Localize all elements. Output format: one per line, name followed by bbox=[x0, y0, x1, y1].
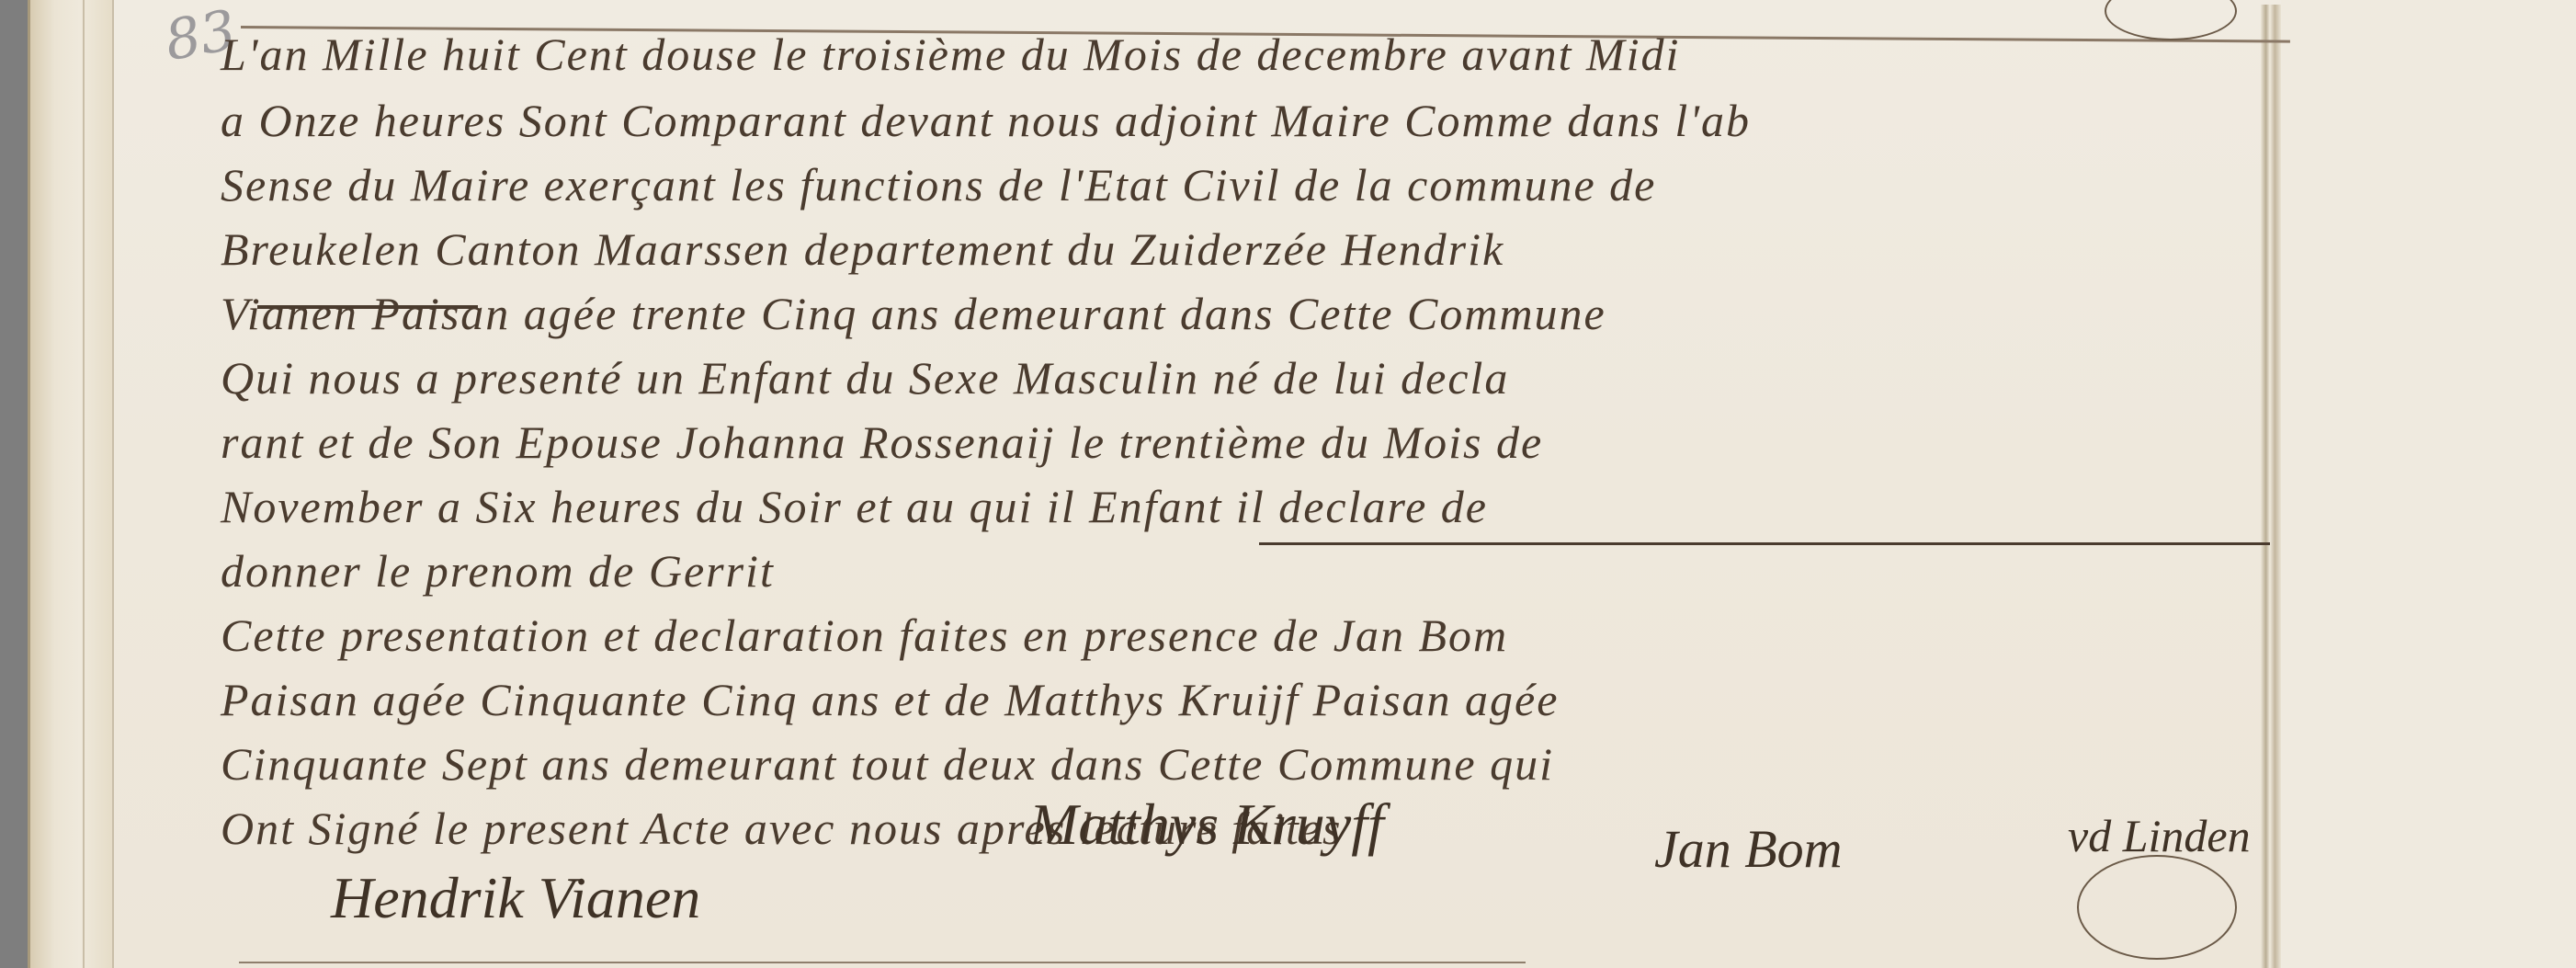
text-line: Cinquante Sept ans demeurant tout deux d… bbox=[221, 737, 1554, 791]
text-line: a Onze heures Sont Comparant devant nous… bbox=[221, 94, 1751, 147]
text-line: rant et de Son Epouse Johanna Rossenaij … bbox=[221, 416, 1543, 469]
bottom-rule bbox=[239, 962, 1526, 963]
text-line: Vianen Paisan agée trente Cinq ans demeu… bbox=[221, 287, 1606, 340]
margin-rule bbox=[112, 0, 114, 968]
fill-line bbox=[1259, 542, 2270, 545]
facing-page bbox=[2281, 0, 2576, 968]
page-binding-edge bbox=[28, 0, 113, 968]
document-page: 83 L'an Mille huit Cent douse le troisiè… bbox=[28, 0, 2576, 968]
signature-flourish-top bbox=[2105, 0, 2237, 40]
margin-rule bbox=[83, 0, 85, 968]
text-line: Breukelen Canton Maarssen departement du… bbox=[221, 222, 1504, 276]
page-fold bbox=[2261, 5, 2281, 968]
signature-witness-2: Jan Bom bbox=[1654, 818, 1843, 880]
text-line: Cette presentation et declaration faites… bbox=[221, 609, 1508, 662]
signature-witness-1: Matthys Kruyff bbox=[1029, 791, 1384, 859]
text-line: Sense du Maire exerçant les functions de… bbox=[221, 158, 1656, 211]
name-underline bbox=[257, 305, 478, 309]
text-line: donner le prenom de Gerrit bbox=[221, 544, 775, 598]
text-line: November a Six heures du Soir et au qui … bbox=[221, 480, 1488, 533]
text-line: Qui nous a presenté un Enfant du Sexe Ma… bbox=[221, 351, 1509, 404]
signature-flourish bbox=[2077, 855, 2237, 960]
text-line: Paisan agée Cinquante Cinq ans et de Mat… bbox=[221, 673, 1559, 726]
signature-father: Hendrik Vianen bbox=[331, 864, 700, 932]
text-line: L'an Mille huit Cent douse le troisième … bbox=[221, 28, 1680, 81]
